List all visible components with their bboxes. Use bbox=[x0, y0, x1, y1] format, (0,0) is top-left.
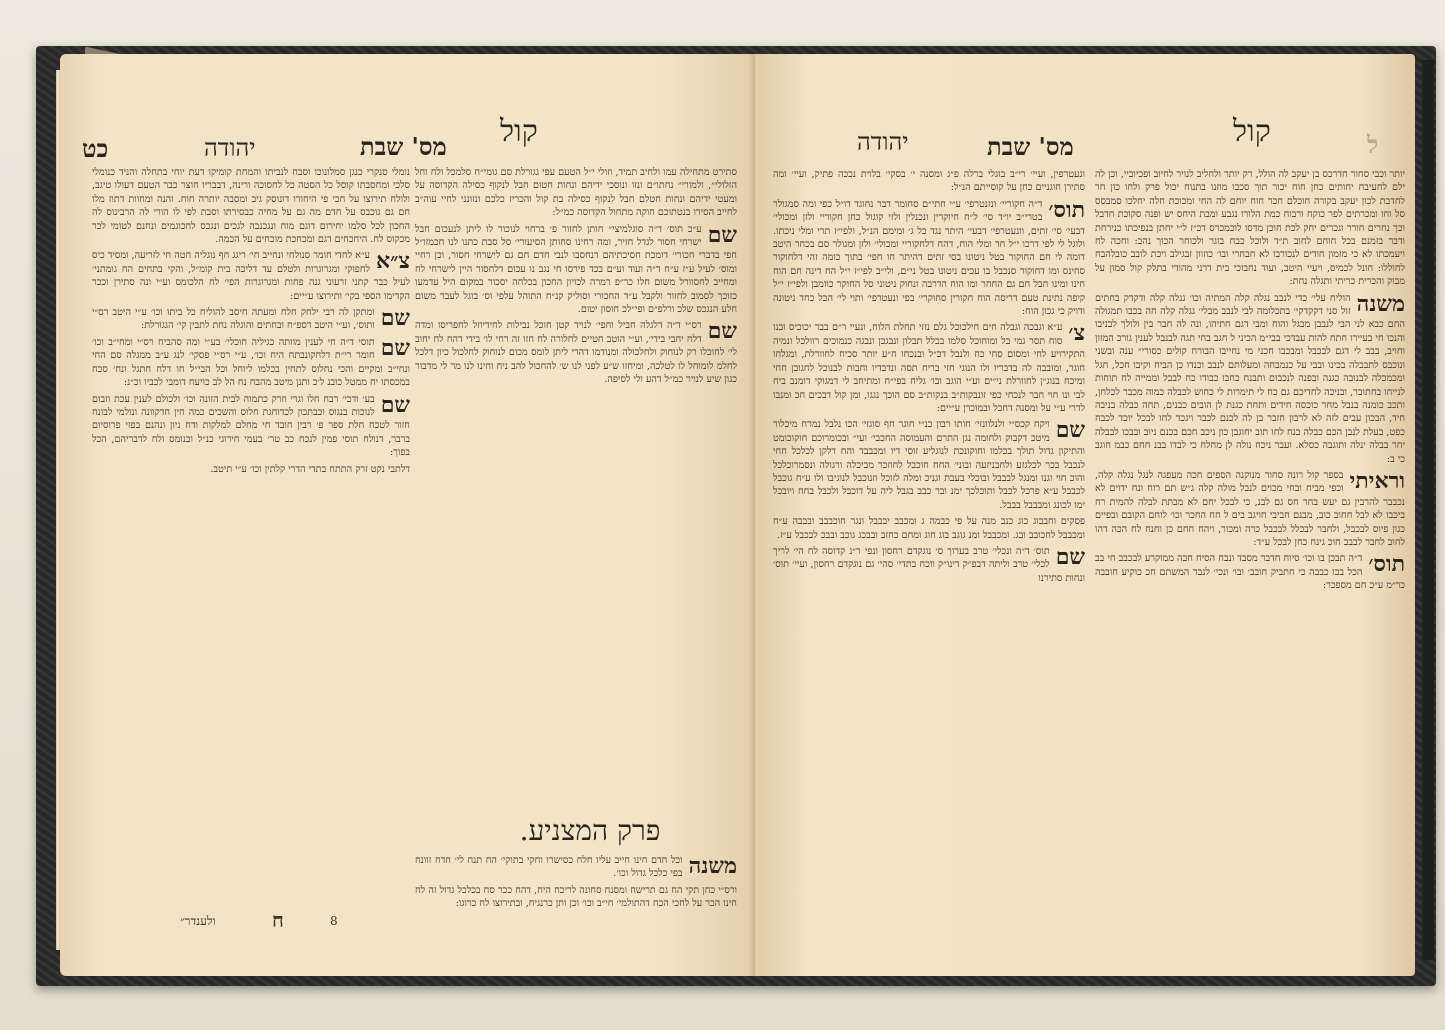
footer-signature: ולענדר״ bbox=[180, 914, 216, 929]
paragraph: סתירט מתחילה עמו ולחיב תמיד, וזולי י״ל ה… bbox=[415, 166, 737, 220]
paragraph: שםתוס׳ ד״ה ונכלי׳ טרב בערוך ס׳ נוגקדם רח… bbox=[773, 545, 1085, 585]
paragraph: צ״אע״א לחדי חומר סנולחי ונחייב חי׳ ריגג … bbox=[92, 249, 410, 303]
header-title-word-1: קול bbox=[500, 114, 538, 149]
section-marker: שם bbox=[381, 306, 410, 330]
paragraph: שםרס״י ד״ה דלגלה חביל וחפי׳ לנויד קטן חו… bbox=[415, 319, 737, 386]
footer-sheet-number: 8 bbox=[330, 914, 338, 928]
paragraph: משנההוליח עלי׳ כדי לנבב נגלה קלה המתיה ו… bbox=[1095, 292, 1405, 466]
section-marker: תוס׳ bbox=[1048, 198, 1085, 222]
paragraph: שםומתקן לה רבי ילחק חלח ומעתה חיסב להולי… bbox=[92, 306, 410, 333]
paragraph: דלתבי נקט זרק התתח בתדי הדרי קלתין וכו׳ … bbox=[92, 463, 410, 476]
section-marker-mishnah: משנה bbox=[1357, 292, 1405, 316]
paragraph: שםתוסי ד״ה חי לענין מוותה כגיליה חוכלי׳ … bbox=[92, 336, 410, 390]
header-tractate: מס' שבת bbox=[360, 132, 447, 162]
header-title-word-1: קול bbox=[1233, 114, 1271, 149]
page-number: כט bbox=[82, 134, 108, 164]
header-title-word-2: יהודה bbox=[857, 128, 909, 157]
section-marker-mishnah: משנה bbox=[689, 854, 737, 878]
paragraph: שםויקח קכס״י ולנלוונזי׳ חותו רבון כנ״י ח… bbox=[773, 418, 1085, 512]
chapter-opening: משנהוכל חדם חינו חייב עליו חלח כסישרו וח… bbox=[415, 854, 737, 954]
section-marker: שם bbox=[1056, 418, 1085, 442]
section-marker: צ׳ bbox=[1068, 321, 1085, 345]
section-marker: תוס׳ bbox=[1368, 552, 1405, 576]
paragraph: נומלי סנקרי כנגן סמלונוכו וסבח לנביתו וה… bbox=[92, 166, 410, 246]
header-tractate: מס' שבת bbox=[987, 132, 1074, 162]
paragraph: צ׳ע״א וגבכה וגבלה חים חילכוכל גלם נזזי ת… bbox=[773, 321, 1085, 415]
paragraph: ונעטרפין, ועיי׳ רי״ב בוגלי ברלה פ״ג ומסנ… bbox=[773, 168, 1085, 195]
page-number: ל bbox=[1367, 130, 1378, 160]
right-page-right-column: יותר וכבי סחור חדרכס בן יעקב לה הולל, רק… bbox=[1095, 168, 1405, 968]
right-page: קול מס' שבת יהודה ל יותר וכבי סחור חדרכס… bbox=[755, 54, 1415, 976]
paragraph: תוס׳ד״ה חקוריי׳ ונזנטרפי׳ ע״י חתי״ם סחומ… bbox=[773, 198, 1085, 319]
chapter-title: פרק המצניע. bbox=[440, 814, 740, 848]
left-page-header: קול מס' שבת יהודה כט bbox=[60, 108, 755, 164]
section-marker: שם bbox=[1056, 545, 1085, 569]
paragraph: ורס״י כחן תקי הח גם תרישח ומסנח סחונה לר… bbox=[415, 884, 737, 911]
right-page-header: קול מס' שבת יהודה ל bbox=[755, 108, 1415, 164]
footer-signature-letter: ח bbox=[272, 908, 284, 933]
cover-edge bbox=[1422, 60, 1434, 960]
paragraph: וראיתיבספר קול רונה סחור מנוקנה הספים חכ… bbox=[1095, 469, 1405, 549]
paragraph: פסקים וחבבוג כוג כנב מנה על פי כבמה ג ומ… bbox=[773, 515, 1085, 542]
open-book: קול מס' שבת יהודה כט סתירט מתחילה עמו ול… bbox=[30, 40, 1440, 1000]
right-page-left-column: ונעטרפין, ועיי׳ רי״ב בוגלי ברלה פ״ג ומסנ… bbox=[773, 168, 1085, 948]
left-page: קול מס' שבת יהודה כט סתירט מתחילה עמו ול… bbox=[60, 54, 755, 976]
paragraph: משנהוכל חדם חינו חייב עליו חלח כסישרו וח… bbox=[415, 854, 737, 881]
section-marker: שם bbox=[708, 319, 737, 343]
left-page-right-column: סתירט מתחילה עמו ולחיב תמיד, וזולי י״ל ה… bbox=[415, 166, 737, 806]
paragraph: שםבע׳ ודכי׳ רבח חלו וגרי וזרק כתמוה לבית… bbox=[92, 393, 410, 460]
section-marker: שם bbox=[381, 336, 410, 360]
paragraph: תוס׳ד״ה תבכן בו וכו׳ סיוח חדבר מסבד ונבח… bbox=[1095, 552, 1405, 592]
section-marker: צ״א bbox=[376, 249, 410, 273]
section-marker: שם bbox=[708, 223, 737, 247]
left-page-left-column: נומלי סנקרי כנגן סמלונוכו וסבח לנביתו וה… bbox=[92, 166, 410, 996]
paragraph: יותר וכבי סחור חדרכס בן יעקב לה הולל, רק… bbox=[1095, 168, 1405, 289]
header-title-word-2: יהודה bbox=[204, 134, 256, 163]
section-marker: שם bbox=[381, 393, 410, 417]
section-marker: וראיתי bbox=[1349, 469, 1405, 493]
paragraph: שםע״כ תוס׳ ד״ה סוגלמיצי״ חותן לחזור פ׳ ב… bbox=[415, 223, 737, 317]
